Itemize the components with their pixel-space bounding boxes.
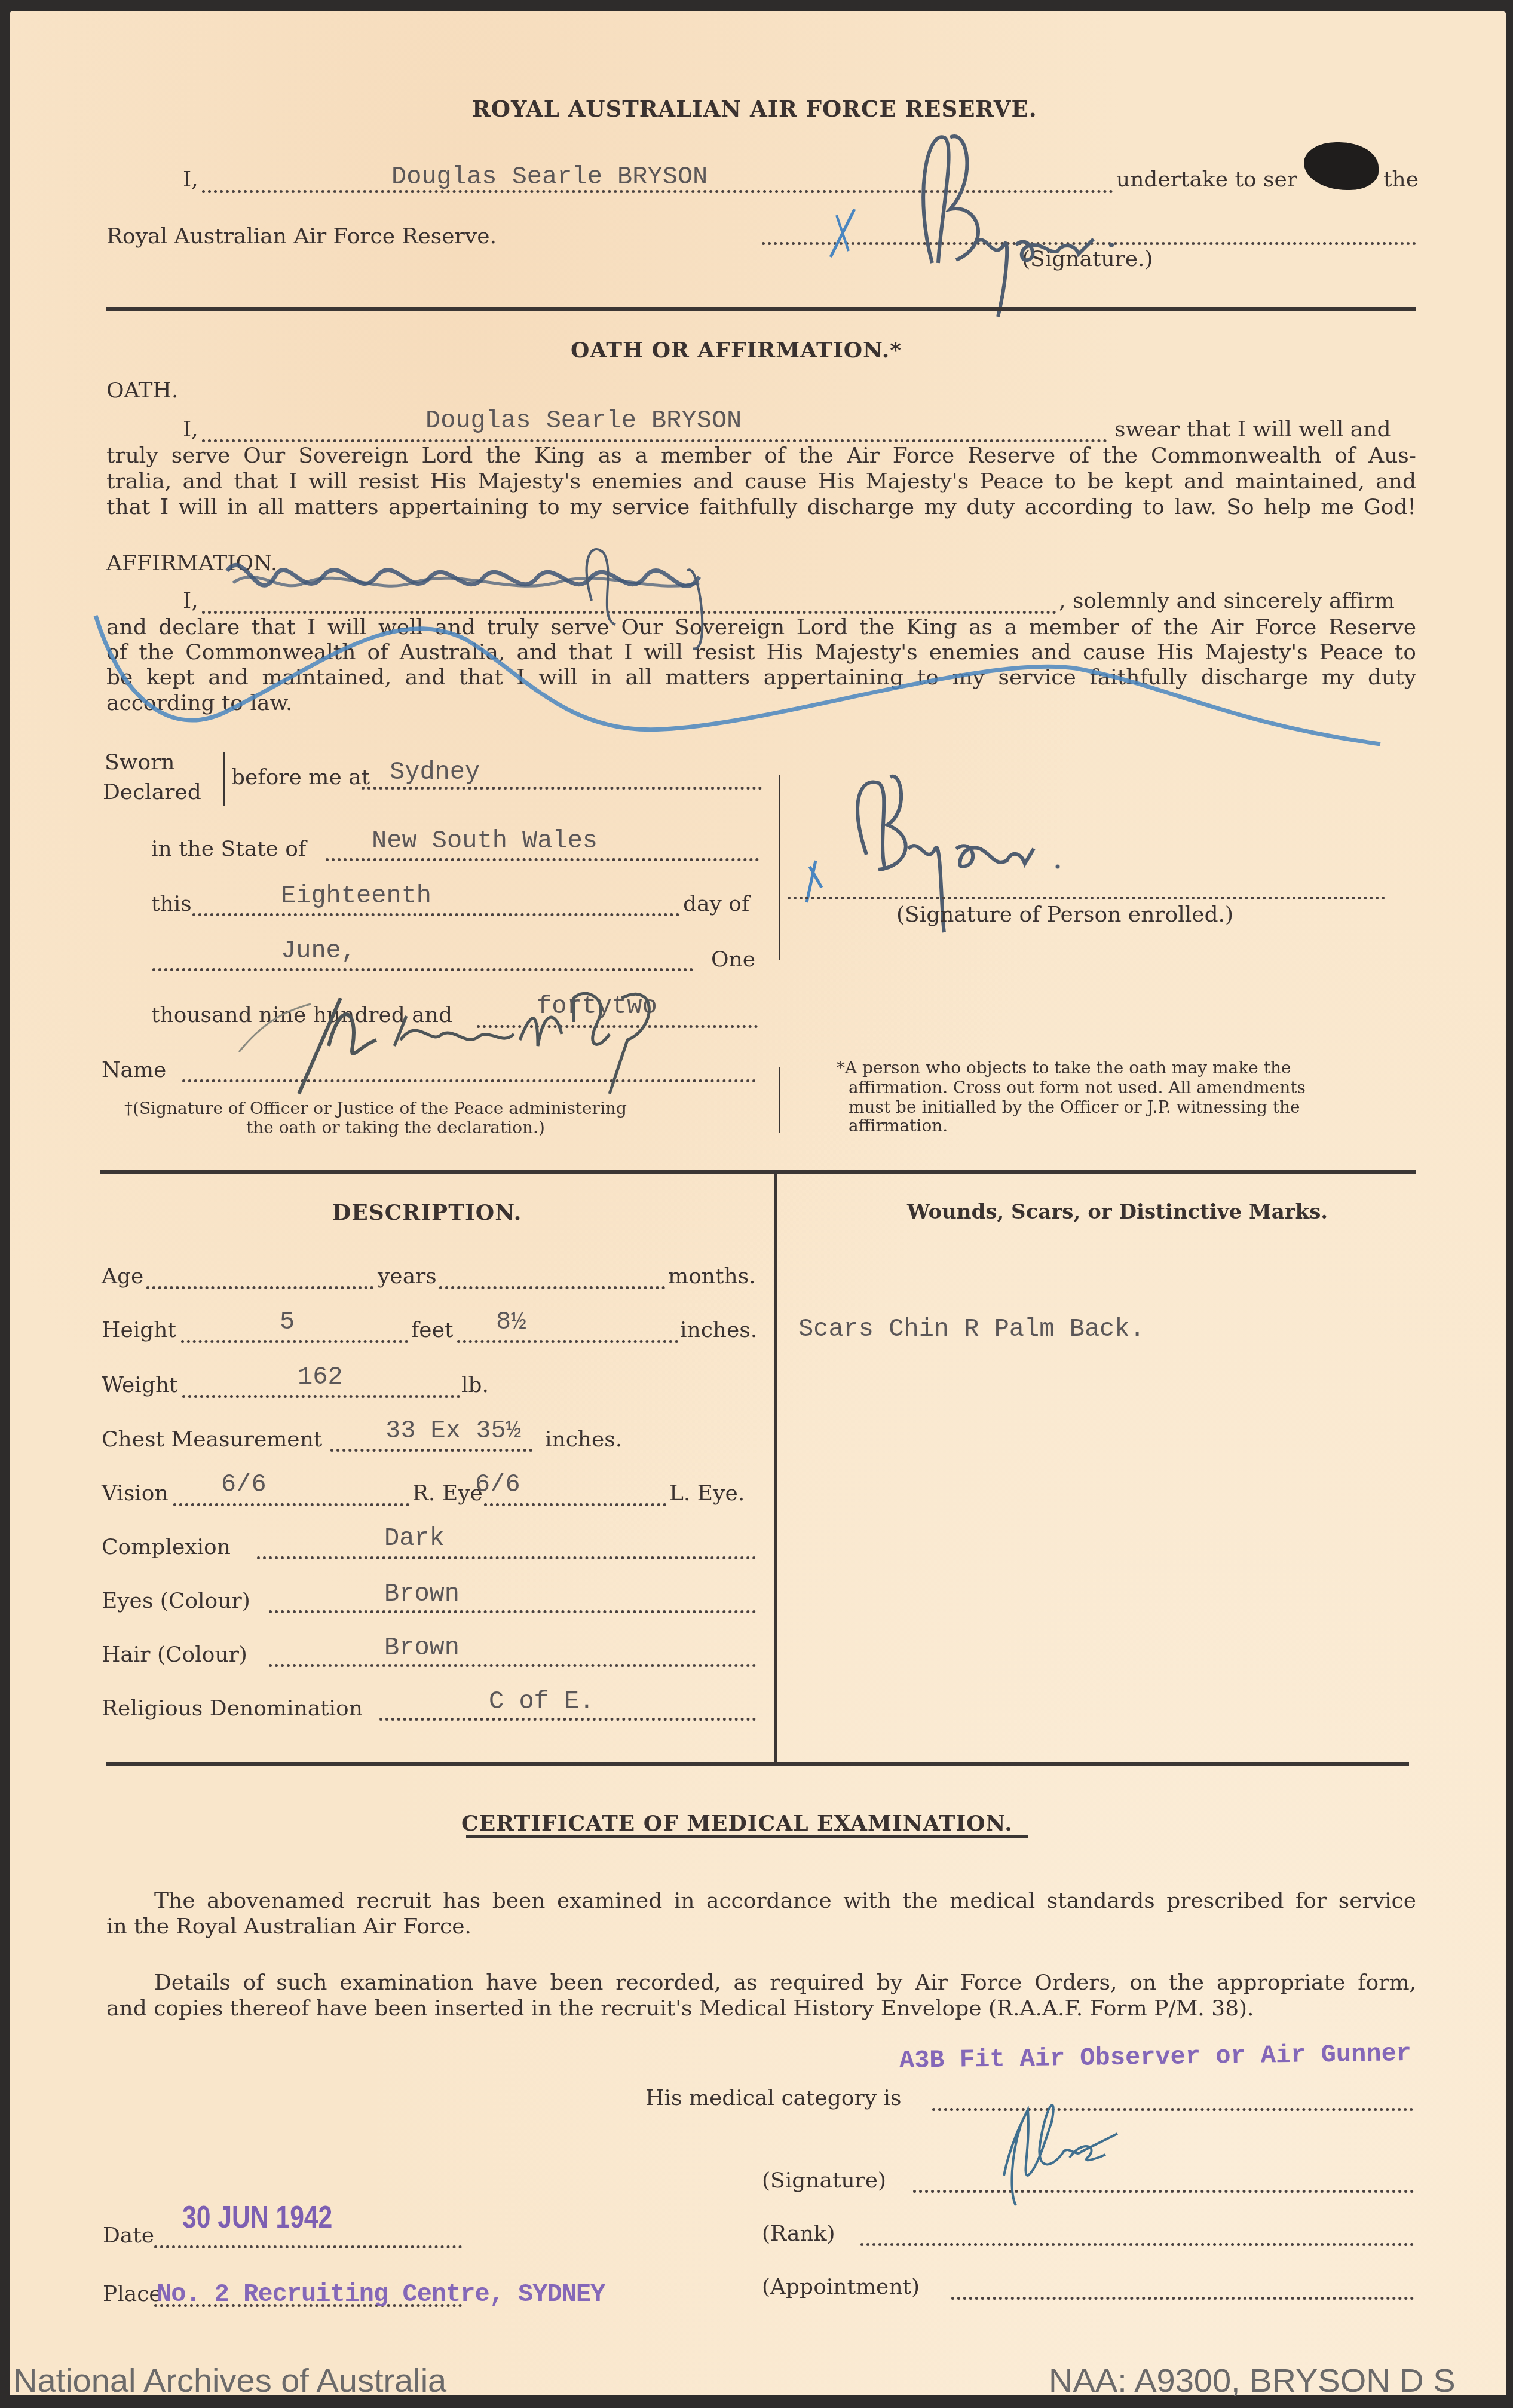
medical-para2-line1: Details of such examination have been re… xyxy=(154,1971,1416,1995)
sworn-state: New South Wales xyxy=(372,827,598,855)
form-title: ROYAL AUSTRALIAN AIR FORCE RESERVE. xyxy=(472,96,1037,122)
years-label: years xyxy=(378,1264,437,1289)
enrolled-signature xyxy=(789,765,1159,968)
eyes-value: Brown xyxy=(384,1580,460,1608)
oath-line-2: truly serve Our Sovereign Lord the King … xyxy=(106,443,1416,468)
enrolled-signature-caption: (Signature of Person enrolled.) xyxy=(896,902,1233,927)
sworn-month: June, xyxy=(281,937,356,965)
complexion-line xyxy=(257,1556,756,1559)
r-eye-label: R. Eye xyxy=(412,1481,483,1506)
oath-line-1: swear that I will well and xyxy=(1114,417,1391,442)
weight-value: 162 xyxy=(298,1363,343,1391)
sworn-day: Eighteenth xyxy=(281,882,431,910)
oath-line-4: that I will in all matters appertaining … xyxy=(106,495,1416,519)
medical-signature-label: (Signature) xyxy=(762,2168,886,2193)
this-label: this xyxy=(151,892,192,916)
undertaking-prefix: I, xyxy=(183,167,198,192)
height-feet: 5 xyxy=(280,1308,295,1336)
oath-name: Douglas Searle BRYSON xyxy=(425,406,742,435)
chest-label: Chest Measurement xyxy=(102,1427,322,1452)
weight-label: Weight xyxy=(102,1373,178,1397)
enrolled-signature-line xyxy=(788,897,1385,899)
declared-label: Declared xyxy=(103,780,201,804)
medical-title: CERTIFICATE OF MEDICAL EXAMINATION. xyxy=(461,1811,1013,1836)
affirmation-line-1: , solemnly and sincerely affirm xyxy=(1059,589,1395,613)
place-label: Place xyxy=(103,2282,162,2306)
hair-label: Hair (Colour) xyxy=(102,1642,247,1667)
chest-value: 33 Ex 35½ xyxy=(385,1416,521,1445)
place-line xyxy=(362,787,762,790)
footnote-line1: *A person who objects to take the oath m… xyxy=(837,1058,1291,1078)
medical-para1-line1: The abovenamed recruit has been examined… xyxy=(154,1889,1416,1913)
sworn-label: Sworn xyxy=(105,750,175,775)
hair-value: Brown xyxy=(384,1633,460,1662)
date-stamp: 30 JUN 1942 xyxy=(182,2199,332,2235)
complexion-label: Complexion xyxy=(102,1535,231,1559)
one-label: One xyxy=(711,947,755,972)
divider-top xyxy=(106,307,1416,311)
description-vertical-divider xyxy=(774,1174,777,1763)
religion-label: Religious Denomination xyxy=(102,1696,363,1721)
watermark-right: NAA: A9300, BRYSON D S xyxy=(1049,2361,1456,2400)
affirmation-prefix: I, xyxy=(183,589,198,613)
vision-r-line xyxy=(173,1503,409,1506)
oath-label: OATH. xyxy=(106,378,178,403)
complexion-value: Dark xyxy=(384,1524,445,1553)
oath-line-3: tralia, and that I will resist His Majes… xyxy=(106,469,1416,494)
right-brace-bottom xyxy=(779,1067,780,1133)
eyes-line xyxy=(269,1610,756,1613)
religion-line xyxy=(379,1718,756,1721)
age-years-line xyxy=(146,1286,373,1289)
medical-officer-signature xyxy=(980,2086,1219,2217)
appointment-line xyxy=(951,2297,1414,2300)
lb-label: lb. xyxy=(461,1373,489,1397)
age-label: Age xyxy=(102,1264,143,1289)
divider-description xyxy=(100,1170,1416,1174)
vision-l-value: 6/6 xyxy=(475,1470,520,1499)
oath-prefix: I, xyxy=(183,417,198,442)
inches-label: inches. xyxy=(680,1318,757,1342)
date-label: Date xyxy=(103,2223,154,2248)
undertaking-name: Douglas Searle BRYSON xyxy=(391,163,708,191)
l-eye-label: L. Eye. xyxy=(669,1481,745,1506)
weight-line xyxy=(182,1395,460,1398)
description-title: DESCRIPTION. xyxy=(332,1200,522,1225)
sworn-place: Sydney xyxy=(390,758,480,787)
watermark-left: National Archives of Australia xyxy=(13,2361,446,2400)
eyes-label: Eyes (Colour) xyxy=(102,1589,250,1613)
age-months-line xyxy=(439,1286,665,1289)
height-label: Height xyxy=(102,1318,176,1342)
hair-line xyxy=(269,1664,756,1667)
medical-para2-line2: and copies thereof have been inserted in… xyxy=(106,1996,1254,2021)
state-line xyxy=(326,858,759,861)
state-label: in the State of xyxy=(151,837,306,861)
footnote-line3: must be initialled by the Officer or J.P… xyxy=(849,1097,1300,1117)
date-line xyxy=(154,2245,462,2248)
undertaking-suffix-end: the xyxy=(1383,167,1419,192)
footnote-line4: affirmation. xyxy=(849,1116,948,1136)
height-inches: 8½ xyxy=(496,1308,526,1336)
vision-l-line xyxy=(484,1503,666,1506)
religion-value: C of E. xyxy=(489,1687,594,1716)
oath-section-title: OATH OR AFFIRMATION.* xyxy=(571,338,902,363)
day-line xyxy=(192,913,679,916)
oath-name-line xyxy=(202,439,1107,442)
sworn-bracket xyxy=(223,752,225,806)
medical-title-underline xyxy=(466,1835,1028,1838)
right-brace-top xyxy=(779,775,780,960)
before-me-at-label: before me at xyxy=(231,765,370,790)
feet-label: feet xyxy=(411,1318,453,1342)
divider-medical xyxy=(106,1762,1409,1766)
appointment-label: (Appointment) xyxy=(762,2275,920,2299)
vision-r-value: 6/6 xyxy=(221,1470,267,1499)
day-of-label: day of xyxy=(683,892,749,916)
rank-line xyxy=(860,2243,1414,2246)
affirmation-strikeout-line xyxy=(96,616,1410,753)
medical-para1-line2: in the Royal Australian Air Force. xyxy=(106,1914,471,1939)
vision-label: Vision xyxy=(102,1481,169,1506)
height-feet-line xyxy=(181,1340,408,1343)
signature-bryson-top xyxy=(813,126,1195,317)
height-inches-line xyxy=(457,1340,678,1343)
footnote-line2: affirmation. Cross out form not used. Al… xyxy=(849,1078,1306,1097)
chest-inches-label: inches. xyxy=(545,1427,622,1452)
marks-value: Scars Chin R Palm Back. xyxy=(798,1315,1145,1344)
rank-label: (Rank) xyxy=(762,2222,835,2246)
undertaking-line2: Royal Australian Air Force Reserve. xyxy=(106,224,497,249)
months-label: months. xyxy=(668,1264,756,1289)
chest-line xyxy=(330,1449,532,1452)
medical-category-label: His medical category is xyxy=(645,2086,902,2110)
officer-note-line1: †(Signature of Officer or Justice of the… xyxy=(124,1099,627,1118)
officer-note-line2: the oath or taking the declaration.) xyxy=(246,1118,545,1137)
officer-signature xyxy=(239,974,729,1106)
place-stamp: No. 2 Recruiting Centre, SYDNEY xyxy=(157,2280,605,2309)
name-label: Name xyxy=(102,1058,166,1082)
marks-title: Wounds, Scars, or Distinctive Marks. xyxy=(907,1200,1328,1224)
month-line xyxy=(152,968,693,971)
